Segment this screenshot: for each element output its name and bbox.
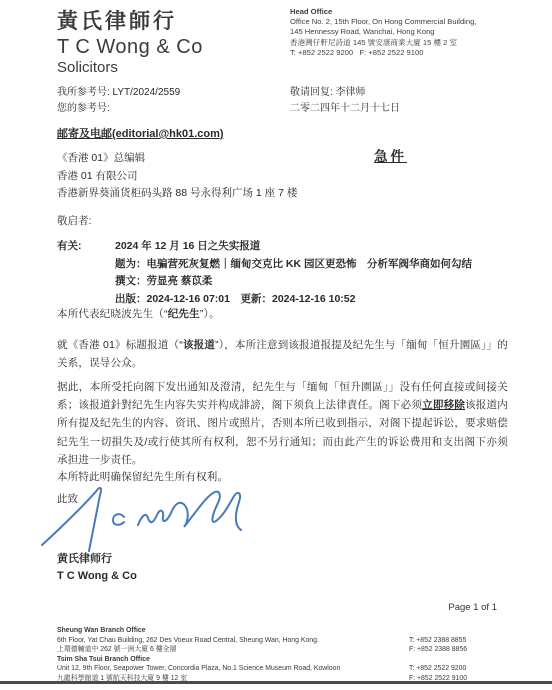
- branch-fax: F: +852 2388 8856: [409, 645, 467, 655]
- reference-block-right: 敬请回复: 李律师 二零二四年十二月十七日: [290, 85, 400, 117]
- branch-address-zh: 上環德輔道中 262 號一洲大廈 6 樓全層: [57, 645, 409, 655]
- demand-bold-underline: 立即移除: [422, 399, 465, 411]
- firm-identity: 黃氏律師行 T C Wong & Co Solicitors: [57, 5, 203, 76]
- head-office-address-line: Office No. 2, 15th Floor, On Hong Commer…: [290, 17, 530, 27]
- bottom-page-rule: [0, 681, 552, 684]
- reference-block-left: 我所参考号: LYT/2024/2559 您的参考号:: [57, 85, 180, 117]
- page-number: Page 1 of 1: [448, 602, 497, 613]
- recipient-address: 《香港 01》总编辑 香港 01 有限公司 香港新界葵涌货柜码头路 88 号永得…: [57, 150, 297, 203]
- firm-subtitle: Solicitors: [57, 59, 203, 76]
- body-paragraph-3: 据此，本所受托向阁下发出通知及澄清，纪先生与「缅甸「恒升園區」」没有任何直接或间…: [57, 378, 508, 469]
- branch-address-en: Unit 12, 9th Floor, Seapower Tower, Conc…: [57, 664, 409, 674]
- head-office-address-line: 香港灣仔軒尼詩道 145 號安康商業大廈 15 樓 2 室: [290, 38, 530, 48]
- firm-name-chinese: 黃氏律師行: [57, 5, 203, 35]
- recipient-line: 香港 01 有限公司: [57, 168, 297, 186]
- branch-name: Sheung Wan Branch Office: [57, 626, 517, 636]
- body-paragraph-2: 就《香港 01》标题报道（“该报道”），本所注意到该报道报提及纪先生与「缅甸「恒…: [57, 336, 508, 372]
- signature-ink-svg: [38, 481, 244, 553]
- body-paragraph-1: 本所代表纪晓波先生（“纪先生”）。: [57, 305, 508, 323]
- signature: [38, 481, 244, 558]
- branch-name: Tsim Sha Tsui Branch Office: [57, 655, 517, 665]
- subject-line: 撰文：劳显亮 蔡苡柔: [115, 273, 472, 291]
- our-reference: 我所参考号: LYT/2024/2559: [57, 85, 180, 101]
- paragraph-text: 本所代表纪晓波先生（“: [57, 308, 168, 320]
- signature-stroke-2: [113, 492, 241, 530]
- your-reference: 您的参考号:: [57, 101, 180, 117]
- letter-date: 二零二四年十二月十七日: [290, 101, 400, 117]
- subject-line: 题为：电骗营死灰复燃｜缅甸交克比 KK 园区更恐怖 分析军阀华商如何勾结: [115, 256, 472, 274]
- salutation: 敬启者:: [57, 213, 91, 228]
- signing-firm-english: T C Wong & Co: [57, 568, 137, 585]
- head-office-address-line: 145 Hennessy Road, Wanchai, Hong Kong: [290, 27, 530, 37]
- subject-line: 2024 年 12 月 16 日之失实报道: [115, 238, 472, 256]
- head-office-block: Head Office Office No. 2, 15th Floor, On…: [290, 7, 530, 58]
- branch-office: Sheung Wan Branch Office 6th Floor, Yat …: [57, 626, 517, 655]
- subject-label: 有关:: [57, 238, 115, 308]
- signing-firm-block: 黄氏律师行 T C Wong & Co: [57, 551, 137, 584]
- paragraph-text: 就《香港 01》标题报道（“: [57, 339, 183, 351]
- branch-address-en: 6th Floor, Yat Chau Building, 262 Des Vo…: [57, 636, 409, 646]
- letter-page: 黃氏律師行 T C Wong & Co Solicitors Head Offi…: [0, 0, 552, 690]
- branch-tel: T: +852 2522 9200: [409, 664, 466, 674]
- branch-tel: T: +852 2388 8855: [409, 636, 466, 646]
- signature-stroke-1: [42, 488, 101, 551]
- firm-name-english: T C Wong & Co: [57, 36, 203, 59]
- footer-branch-offices: Sheung Wan Branch Office 6th Floor, Yat …: [57, 626, 517, 684]
- head-office-phone-line: T: +852 2522 9200 F: +852 2522 9100: [290, 48, 530, 58]
- client-name-bold: 纪先生: [168, 308, 200, 320]
- subject-lines: 2024 年 12 月 16 日之失实报道 题为：电骗营死灰复燃｜缅甸交克比 K…: [115, 238, 472, 308]
- subject-block: 有关: 2024 年 12 月 16 日之失实报道 题为：电骗营死灰复燃｜缅甸交…: [57, 238, 472, 308]
- head-office-title: Head Office: [290, 7, 530, 17]
- report-term-bold: 该报道: [183, 339, 215, 351]
- urgent-label: 急件: [374, 145, 407, 165]
- signing-firm-chinese: 黄氏律师行: [57, 551, 137, 568]
- attention-line: 敬请回复: 李律师: [290, 85, 400, 101]
- branch-office: Tsim Sha Tsui Branch Office Unit 12, 9th…: [57, 655, 517, 684]
- delivery-method-line: 邮寄及电邮(editorial@hk01.com): [57, 125, 224, 141]
- paragraph-text: ”）。: [200, 308, 220, 320]
- recipient-line: 香港新界葵涌货柜码头路 88 号永得利广场 1 座 7 楼: [57, 185, 297, 203]
- recipient-line: 《香港 01》总编辑: [57, 150, 297, 168]
